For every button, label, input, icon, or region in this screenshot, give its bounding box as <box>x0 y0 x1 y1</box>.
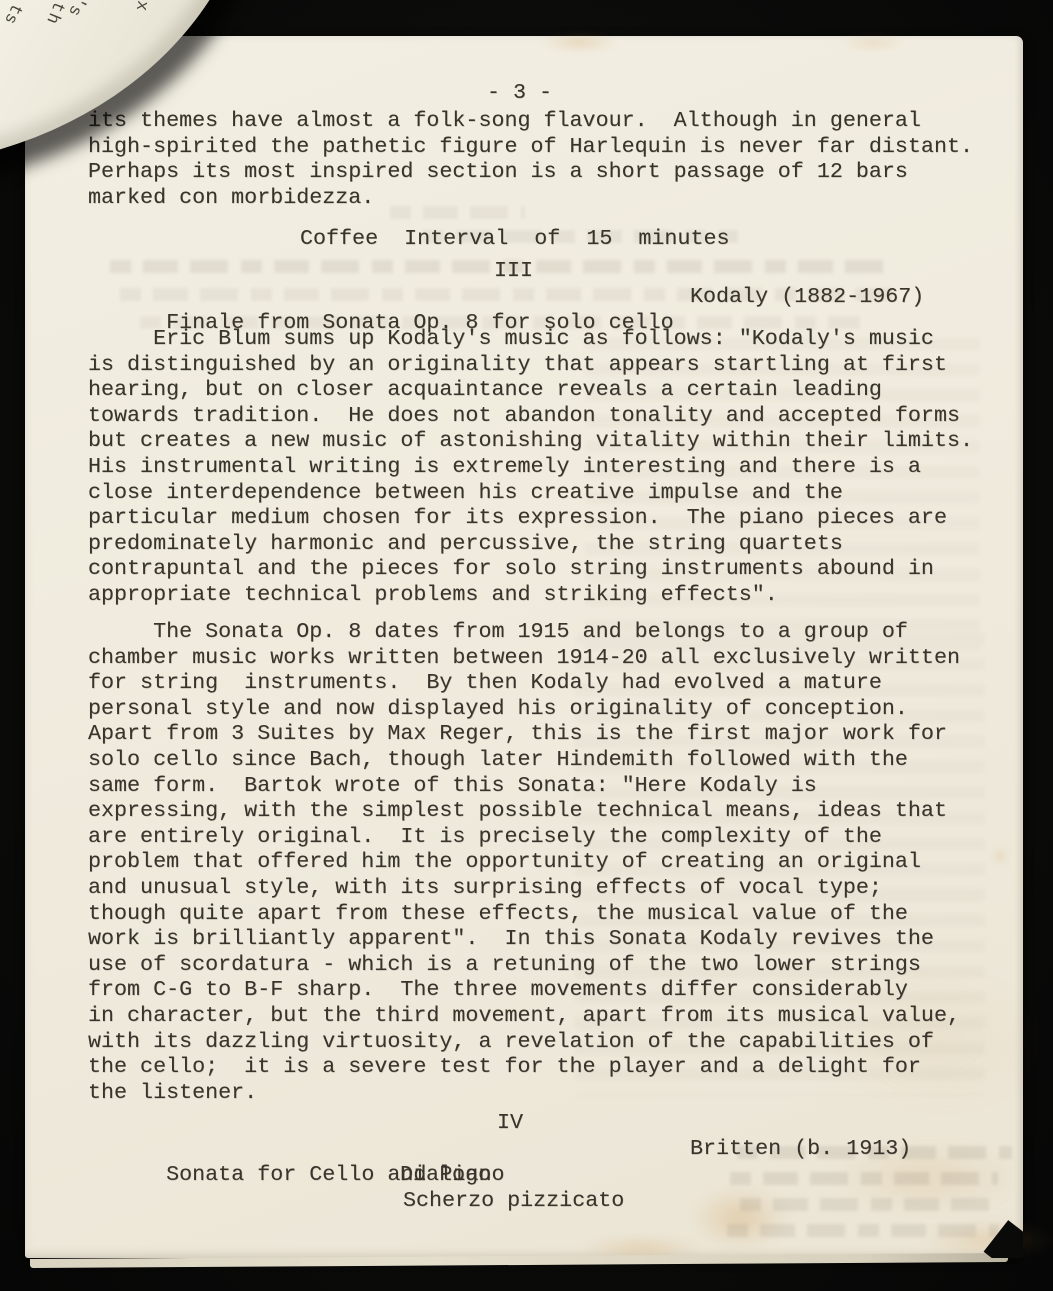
movement-dialogo: Dialogo <box>400 1162 491 1188</box>
stain <box>540 34 618 51</box>
composer-britten: Britten (b. 1913) <box>690 1136 911 1162</box>
stain <box>993 850 1007 862</box>
interval-line: Coffee Interval of 15 minutes <box>300 226 729 252</box>
photo-of-programme-page: - 3 - its themes have almost a folk-song… <box>0 0 1053 1291</box>
page-number: - 3 - <box>487 80 552 106</box>
body-paragraph-2: Eric Blum sums up Kodaly's music as foll… <box>88 326 973 608</box>
composer-kodaly: Kodaly (1882-1967) <box>690 284 924 310</box>
section-3-numeral: III <box>494 258 533 284</box>
body-paragraph-3: The Sonata Op. 8 dates from 1915 and bel… <box>88 619 960 1105</box>
document-page: - 3 - its themes have almost a folk-song… <box>25 36 1023 1258</box>
body-paragraph-1: its themes have almost a folk-song flavo… <box>88 108 973 210</box>
movement-scherzo: Scherzo pizzicato <box>403 1188 624 1214</box>
stain <box>840 36 906 50</box>
section-4-numeral: IV <box>497 1110 523 1136</box>
